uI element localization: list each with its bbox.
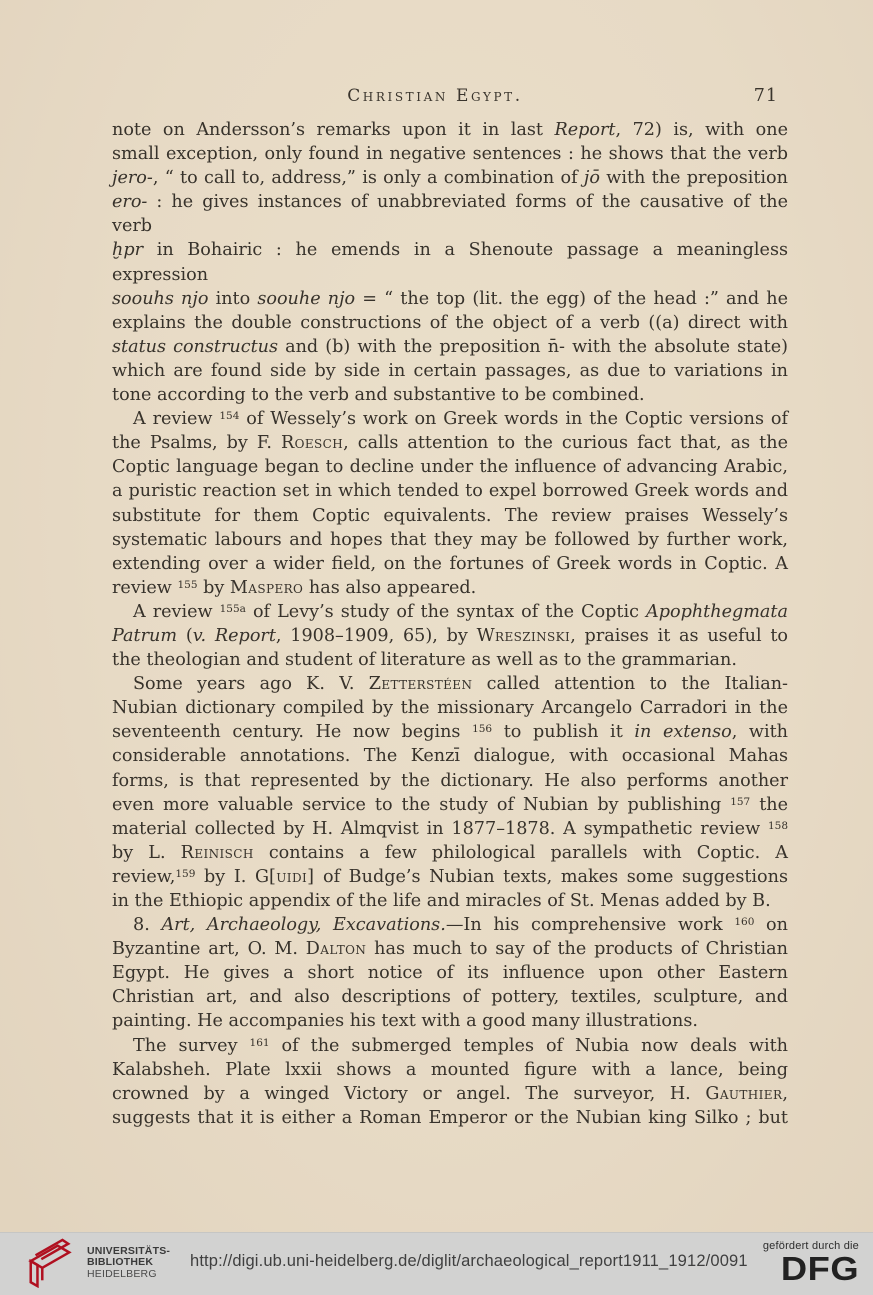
text-line: Kalabsheh. Plate lxxii shows a mounted f… — [112, 1058, 788, 1082]
text-line: A review 155a of Levy’s study of the syn… — [112, 600, 788, 624]
digitization-footer-bar: UNIVERSITÄTS- BIBLIOTHEK HEIDELBERG http… — [0, 1232, 873, 1295]
digitization-url: http://digi.ub.uni-heidelberg.de/diglit/… — [190, 1252, 748, 1271]
text-line: in the Ethiopic appendix of the life and… — [112, 889, 788, 913]
text-line: review 155 by Maspero has also appeared. — [112, 576, 788, 600]
text-line: jero-, “ to call to, address,” is only a… — [112, 166, 788, 190]
text-line: tone according to the verb and substanti… — [112, 383, 788, 407]
text-line: which are found side by side in certain … — [112, 359, 788, 383]
text-line: extending over a wider field, on the for… — [112, 552, 788, 576]
text-line: ero- : he gives instances of unabbreviat… — [112, 190, 788, 238]
page-number: 71 — [754, 86, 778, 106]
text-line: seventeenth century. He now begins 156 t… — [112, 720, 788, 744]
text-line: soouhs njo into soouhe njo = “ the top (… — [112, 287, 788, 311]
text-line: a puristic reaction set in which tended … — [112, 479, 788, 503]
dfg-logo: DFG — [753, 1253, 859, 1285]
text-line: ḫpr in Bohairic : he emends in a Shenout… — [112, 238, 788, 286]
library-logo-group: UNIVERSITÄTS- BIBLIOTHEK HEIDELBERG — [20, 1238, 170, 1288]
text-line: material collected by H. Almqvist in 187… — [112, 817, 788, 841]
funding-block: gefördert durch die DFG — [763, 1240, 859, 1285]
text-line: Patrum (v. Report, 1908–1909, 65), by Wr… — [112, 624, 788, 648]
text-line: Nubian dictionary compiled by the missio… — [112, 696, 788, 720]
text-line: Christian art, and also descriptions of … — [112, 985, 788, 1009]
library-name-line3: HEIDELBERG — [87, 1269, 170, 1281]
text-line: even more valuable service to the study … — [112, 793, 788, 817]
text-line: 8. Art, Archaeology, Excavations.—In his… — [112, 913, 788, 937]
text-line: considerable annotations. The Kenzī dial… — [112, 744, 788, 768]
text-line: status constructus and (b) with the prep… — [112, 335, 788, 359]
text-line: Some years ago K. V. Zetterstéen called … — [112, 672, 788, 696]
text-line: by L. Reinisch contains a few philologic… — [112, 841, 788, 865]
running-head: Christian Egypt. 71 — [112, 86, 788, 108]
ub-heidelberg-logo-icon — [20, 1238, 78, 1288]
text-line: crowned by a winged Victory or angel. Th… — [112, 1082, 788, 1106]
text-line: painting. He accompanies his text with a… — [112, 1009, 788, 1033]
page-title: Christian Egypt. — [82, 86, 788, 106]
text-line: small exception, only found in negative … — [112, 142, 788, 166]
text-line: The survey 161 of the submerged temples … — [112, 1034, 788, 1058]
text-block: note on Andersson’s remarks upon it in l… — [112, 118, 788, 1130]
text-line: Byzantine art, O. M. Dalton has much to … — [112, 937, 788, 961]
text-line: suggests that it is either a Roman Emper… — [112, 1106, 788, 1130]
text-line: Coptic language began to decline under t… — [112, 455, 788, 479]
text-line: the theologian and student of literature… — [112, 648, 788, 672]
text-line: the Psalms, by F. Roesch, calls attentio… — [112, 431, 788, 455]
text-line: Egypt. He gives a short notice of its in… — [112, 961, 788, 985]
library-name: UNIVERSITÄTS- BIBLIOTHEK HEIDELBERG — [87, 1246, 170, 1281]
text-line: A review 154 of Wessely’s work on Greek … — [112, 407, 788, 431]
text-line: explains the double constructions of the… — [112, 311, 788, 335]
text-line: forms, is that represented by the dictio… — [112, 769, 788, 793]
text-line: systematic labours and hopes that they m… — [112, 528, 788, 552]
text-line: review,159 by I. G[uidi] of Budge’s Nubi… — [112, 865, 788, 889]
text-line: substitute for them Coptic equivalents. … — [112, 504, 788, 528]
text-line: note on Andersson’s remarks upon it in l… — [112, 118, 788, 142]
